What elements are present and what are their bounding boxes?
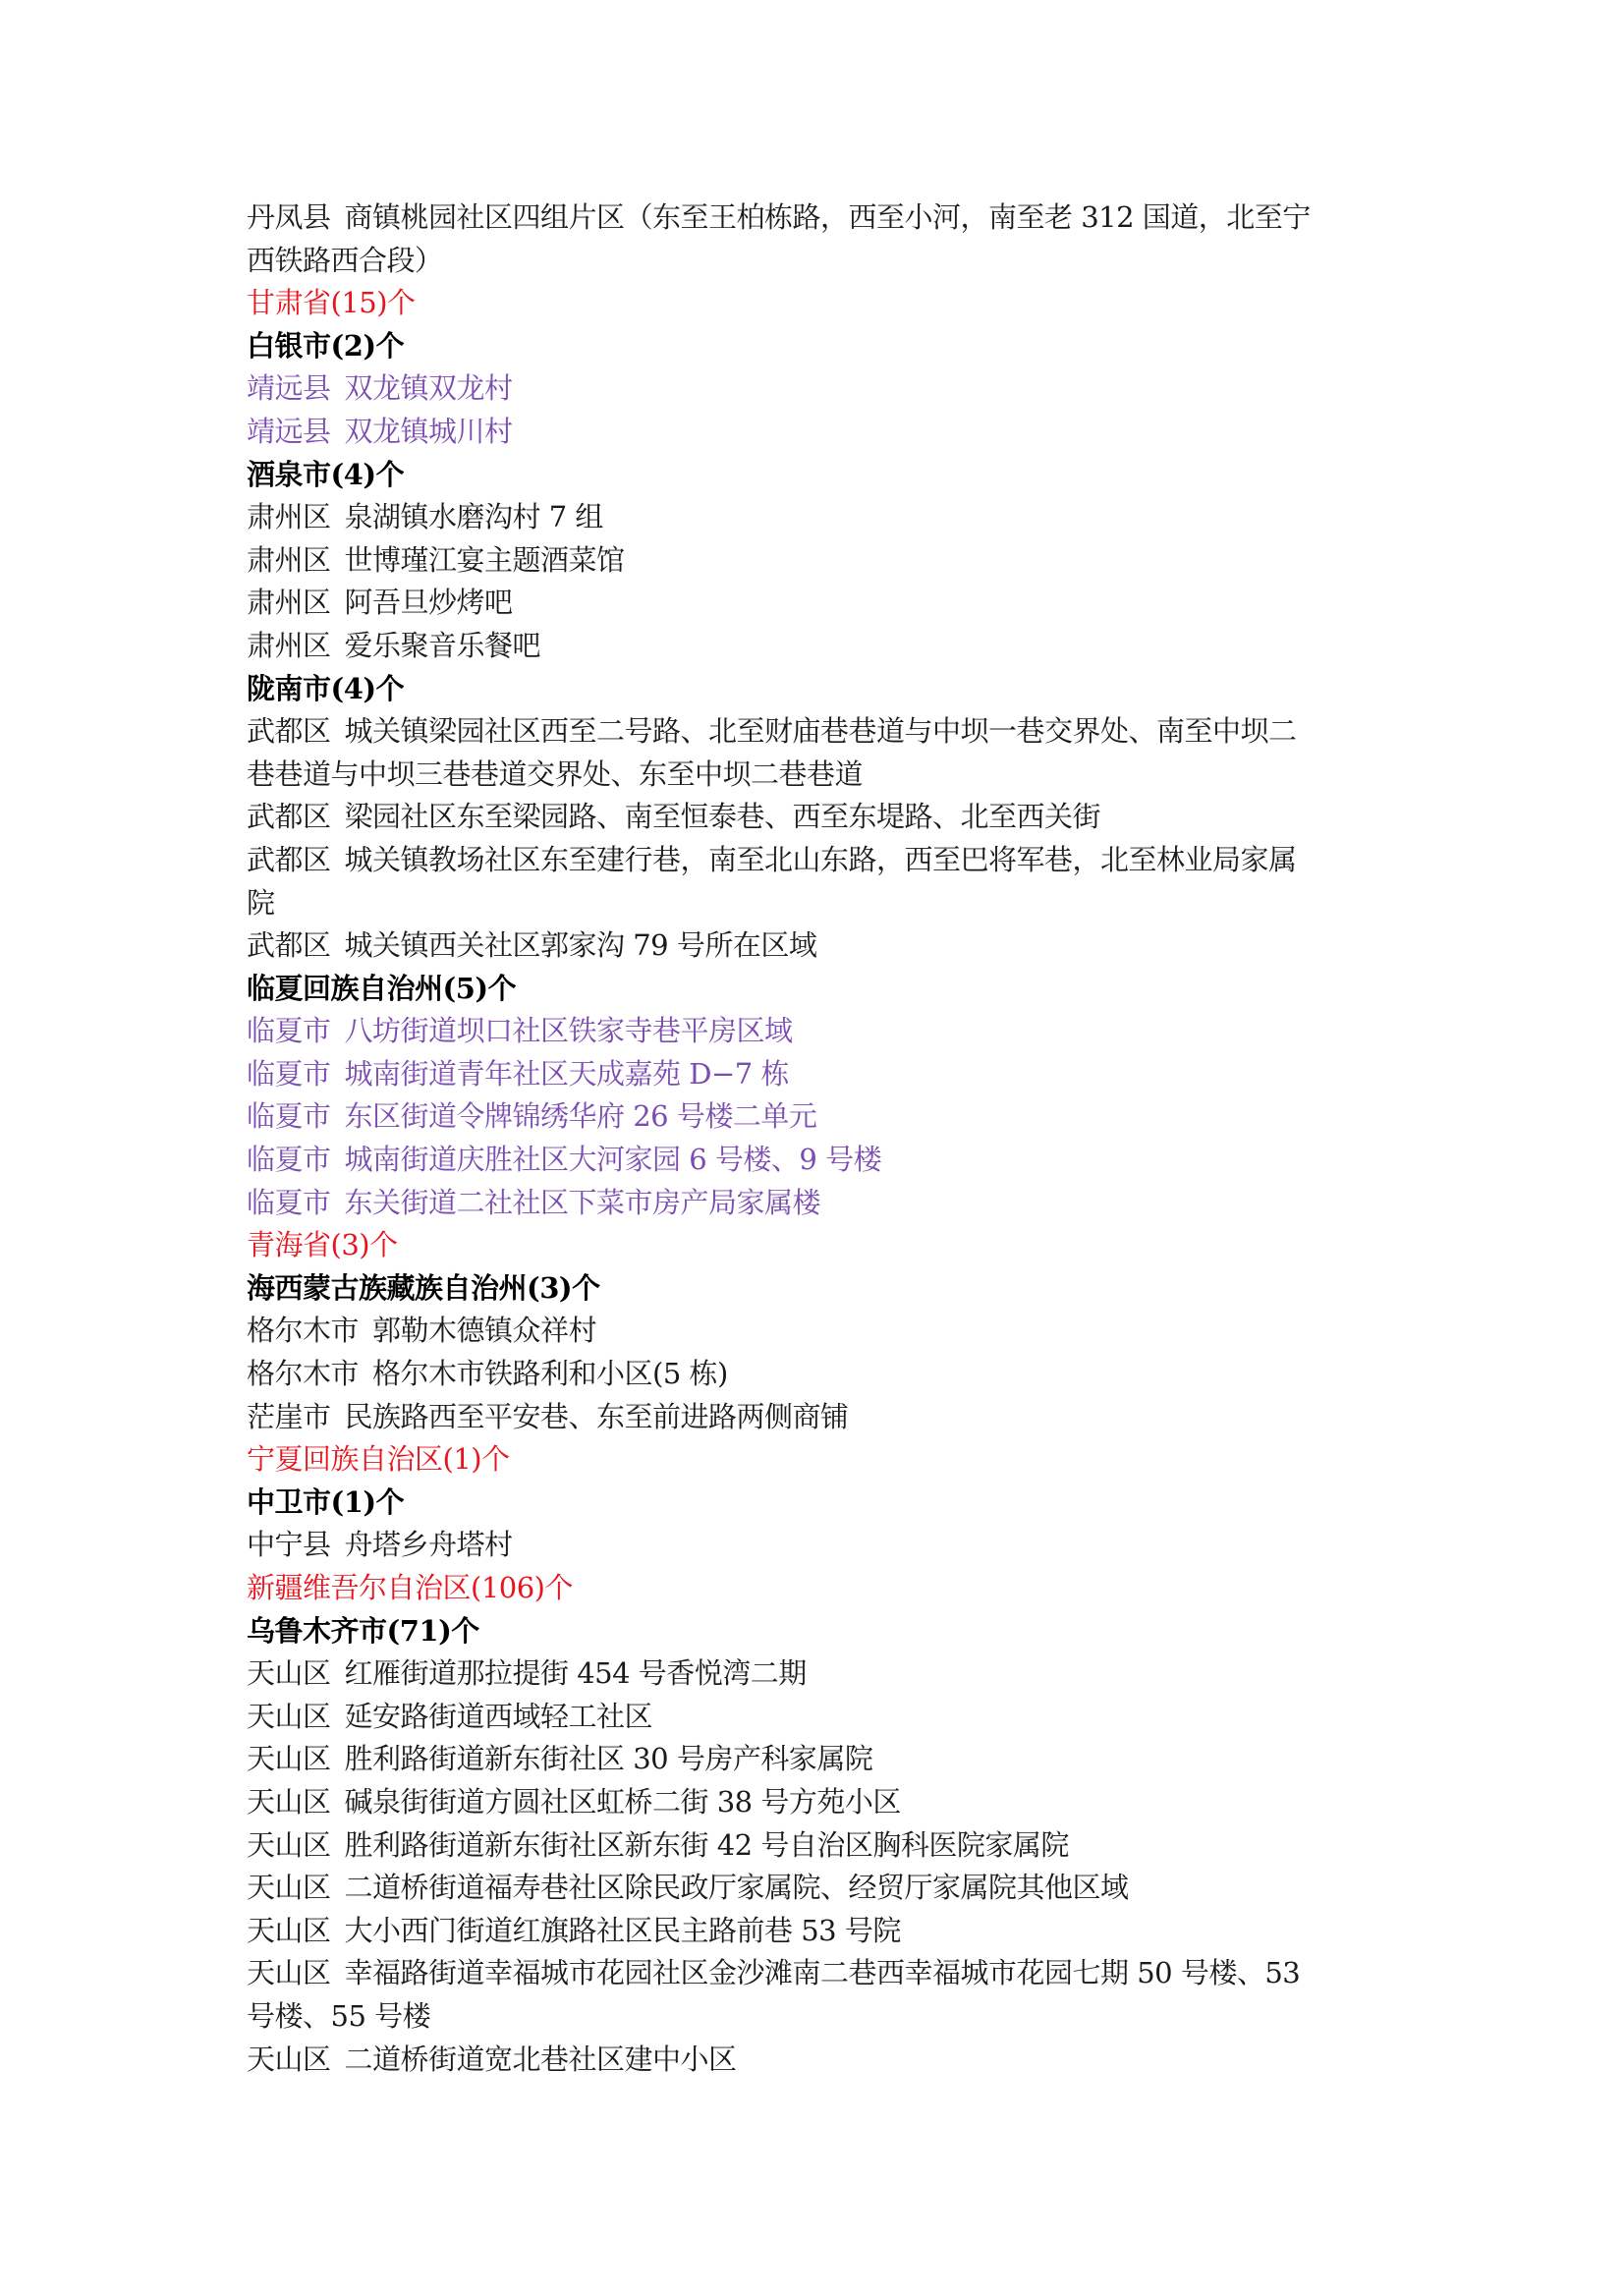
list-item: 武都区城关镇教场社区东至建行巷，南至北山东路，西至巴将军巷，北至林业局家属 <box>247 839 1386 882</box>
district-name: 格尔木市 <box>247 1353 359 1396</box>
location-text: 爱乐聚音乐餐吧 <box>345 629 541 662</box>
location-text: 城关镇教场社区东至建行巷，南至北山东路，西至巴将军巷，北至林业局家属 <box>345 843 1297 876</box>
location-text: 碱泉街街道方圆社区虹桥二街 38 号方苑小区 <box>345 1785 901 1819</box>
location-text: 格尔木市铁路利和小区(5 栋) <box>372 1357 728 1390</box>
list-item: 靖远县双龙镇城川村 <box>247 411 1386 454</box>
location-text: 胜利路街道新东街社区 30 号房产科家属院 <box>345 1742 873 1775</box>
district-name: 临夏市 <box>247 1053 331 1096</box>
district-name: 天山区 <box>247 1824 331 1868</box>
location-text: 胜利路街道新东街社区新东街 42 号自治区胸科医院家属院 <box>345 1828 1069 1862</box>
district-name: 武都区 <box>247 796 331 839</box>
district-name: 天山区 <box>247 1952 331 1995</box>
city-title: 陇南市(4)个 <box>247 672 404 705</box>
list-item: 天山区延安路街道西域轻工社区 <box>247 1696 1386 1739</box>
location-text: 商镇桃园社区四组片区（东至王柏栋路，西至小河，南至老 312 国道，北至宁 <box>345 200 1311 234</box>
location-text: 泉湖镇水磨沟村 7 组 <box>345 500 603 533</box>
list-item: 天山区大小西门街道红旗路社区民主路前巷 53 号院 <box>247 1910 1386 1953</box>
city-title: 海西蒙古族藏族自治州(3)个 <box>247 1271 600 1305</box>
location-text: 二道桥街道宽北巷社区建中小区 <box>345 2043 737 2076</box>
district-name: 天山区 <box>247 2039 331 2082</box>
location-text: 阿吾旦炒烤吧 <box>345 586 513 619</box>
list-item: 格尔木市郭勒木德镇众祥村 <box>247 1310 1386 1353</box>
province-title: 青海省(3)个 <box>247 1228 398 1261</box>
district-name: 靖远县 <box>247 367 331 411</box>
location-text: 东关街道二社社区下菜市房产局家属楼 <box>345 1186 821 1219</box>
location-text: 城南街道青年社区天成嘉苑 D−7 栋 <box>345 1057 789 1091</box>
district-name: 天山区 <box>247 1652 331 1696</box>
list-item: 天山区胜利路街道新东街社区 30 号房产科家属院 <box>247 1738 1386 1781</box>
list-item: 临夏市城南街道青年社区天成嘉苑 D−7 栋 <box>247 1053 1386 1096</box>
district-name: 武都区 <box>247 839 331 882</box>
city-heading: 中卫市(1)个 <box>247 1482 1386 1525</box>
city-title: 乌鲁木齐市(71)个 <box>247 1614 479 1648</box>
district-name: 天山区 <box>247 1738 331 1781</box>
province-heading: 宁夏回族自治区(1)个 <box>247 1438 1386 1482</box>
province-title: 宁夏回族自治区(1)个 <box>247 1442 510 1476</box>
district-name: 天山区 <box>247 1867 331 1910</box>
city-heading: 海西蒙古族藏族自治州(3)个 <box>247 1267 1386 1311</box>
list-item: 武都区城关镇西关社区郭家沟 79 号所在区域 <box>247 924 1386 968</box>
location-text: 双龙镇城川村 <box>345 415 513 448</box>
district-name: 天山区 <box>247 1696 331 1739</box>
city-title: 酒泉市(4)个 <box>247 458 404 491</box>
list-item: 肃州区阿吾旦炒烤吧 <box>247 582 1386 625</box>
list-item: 肃州区世博瑾江宴主题酒菜馆 <box>247 539 1386 583</box>
location-text: 城关镇西关社区郭家沟 79 号所在区域 <box>345 928 817 962</box>
location-text: 城南街道庆胜社区大河家园 6 号楼、9 号楼 <box>345 1143 882 1176</box>
list-item: 天山区胜利路街道新东街社区新东街 42 号自治区胸科医院家属院 <box>247 1824 1386 1868</box>
list-item: 格尔木市格尔木市铁路利和小区(5 栋) <box>247 1353 1386 1396</box>
list-item: 肃州区泉湖镇水磨沟村 7 组 <box>247 496 1386 539</box>
location-text: 双龙镇双龙村 <box>345 371 513 405</box>
district-name: 临夏市 <box>247 1139 331 1182</box>
list-item: 天山区幸福路街道幸福城市花园社区金沙滩南二巷西幸福城市花园七期 50 号楼、53 <box>247 1952 1386 1995</box>
list-item: 临夏市城南街道庆胜社区大河家园 6 号楼、9 号楼 <box>247 1139 1386 1182</box>
province-heading: 甘肃省(15)个 <box>247 282 1386 325</box>
city-title: 临夏回族自治州(5)个 <box>247 972 516 1005</box>
district-name: 天山区 <box>247 1910 331 1953</box>
list-item: 天山区二道桥街道宽北巷社区建中小区 <box>247 2039 1386 2082</box>
list-item: 武都区梁园社区东至梁园路、南至恒泰巷、西至东堤路、北至西关街 <box>247 796 1386 839</box>
location-text: 城关镇梁园社区西至二号路、北至财庙巷巷道与中坝一巷交界处、南至中坝二 <box>345 714 1297 748</box>
location-text: 世博瑾江宴主题酒菜馆 <box>345 543 625 577</box>
list-item: 临夏市东区街道令牌锦绣华府 26 号楼二单元 <box>247 1095 1386 1139</box>
district-name: 格尔木市 <box>247 1310 359 1353</box>
city-heading: 乌鲁木齐市(71)个 <box>247 1610 1386 1653</box>
list-item: 天山区二道桥街道福寿巷社区除民政厅家属院、经贸厅家属院其他区域 <box>247 1867 1386 1910</box>
province-title: 新疆维吾尔自治区(106)个 <box>247 1571 573 1604</box>
district-name: 临夏市 <box>247 1095 331 1139</box>
location-text: 东区街道令牌锦绣华府 26 号楼二单元 <box>345 1099 817 1133</box>
list-item: 肃州区爱乐聚音乐餐吧 <box>247 625 1386 668</box>
list-item-continuation: 号楼、55 号楼 <box>247 1995 1386 2039</box>
list-item: 天山区红雁街道那拉提街 454 号香悦湾二期 <box>247 1652 1386 1696</box>
province-heading: 青海省(3)个 <box>247 1224 1386 1267</box>
city-title: 白银市(2)个 <box>247 329 404 363</box>
list-item: 临夏市东关街道二社社区下菜市房产局家属楼 <box>247 1182 1386 1225</box>
list-item-continuation: 巷巷道与中坝三巷巷道交界处、东至中坝二巷巷道 <box>247 754 1386 797</box>
list-item: 临夏市八坊街道坝口社区铁家寺巷平房区域 <box>247 1010 1386 1053</box>
list-item-continuation: 西铁路西合段） <box>247 240 1386 283</box>
location-text: 八坊街道坝口社区铁家寺巷平房区域 <box>345 1014 793 1047</box>
city-title: 中卫市(1)个 <box>247 1485 404 1519</box>
district-name: 茫崖市 <box>247 1396 331 1439</box>
location-text: 梁园社区东至梁园路、南至恒泰巷、西至东堤路、北至西关街 <box>345 800 1101 833</box>
district-name: 天山区 <box>247 1781 331 1824</box>
list-item: 茫崖市民族路西至平安巷、东至前进路两侧商铺 <box>247 1396 1386 1439</box>
list-item: 天山区碱泉街街道方圆社区虹桥二街 38 号方苑小区 <box>247 1781 1386 1824</box>
province-title: 甘肃省(15)个 <box>247 286 416 319</box>
district-name: 丹凤县 <box>247 196 331 240</box>
location-text: 大小西门街道红旗路社区民主路前巷 53 号院 <box>345 1914 901 1947</box>
location-text: 延安路街道西域轻工社区 <box>345 1700 653 1733</box>
list-item: 中宁县舟塔乡舟塔村 <box>247 1524 1386 1567</box>
city-heading: 酒泉市(4)个 <box>247 454 1386 497</box>
district-name: 肃州区 <box>247 582 331 625</box>
city-heading: 临夏回族自治州(5)个 <box>247 968 1386 1011</box>
district-name: 武都区 <box>247 710 331 754</box>
location-text: 二道桥街道福寿巷社区除民政厅家属院、经贸厅家属院其他区域 <box>345 1871 1129 1904</box>
location-text: 红雁街道那拉提街 454 号香悦湾二期 <box>345 1656 807 1690</box>
list-item: 丹凤县商镇桃园社区四组片区（东至王柏栋路，西至小河，南至老 312 国道，北至宁 <box>247 196 1386 240</box>
district-name: 临夏市 <box>247 1182 331 1225</box>
location-text-continuation: 院 <box>247 886 275 920</box>
location-text: 舟塔乡舟塔村 <box>345 1528 513 1561</box>
district-name: 武都区 <box>247 924 331 968</box>
city-heading: 白银市(2)个 <box>247 325 1386 368</box>
location-text: 郭勒木德镇众祥村 <box>372 1314 596 1347</box>
list-item: 武都区城关镇梁园社区西至二号路、北至财庙巷巷道与中坝一巷交界处、南至中坝二 <box>247 710 1386 754</box>
district-name: 临夏市 <box>247 1010 331 1053</box>
location-text-continuation: 西铁路西合段） <box>247 244 443 277</box>
list-item-continuation: 院 <box>247 882 1386 925</box>
province-heading: 新疆维吾尔自治区(106)个 <box>247 1567 1386 1610</box>
location-text: 幸福路街道幸福城市花园社区金沙滩南二巷西幸福城市花园七期 50 号楼、53 <box>345 1956 1301 1989</box>
district-name: 中宁县 <box>247 1524 331 1567</box>
district-name: 靖远县 <box>247 411 331 454</box>
city-heading: 陇南市(4)个 <box>247 668 1386 711</box>
district-name: 肃州区 <box>247 625 331 668</box>
district-name: 肃州区 <box>247 496 331 539</box>
list-item: 靖远县双龙镇双龙村 <box>247 367 1386 411</box>
district-name: 肃州区 <box>247 539 331 583</box>
location-text-continuation: 巷巷道与中坝三巷巷道交界处、东至中坝二巷巷道 <box>247 757 863 791</box>
location-text-continuation: 号楼、55 号楼 <box>247 1999 430 2033</box>
location-text: 民族路西至平安巷、东至前进路两侧商铺 <box>345 1400 849 1433</box>
document-page: 丹凤县商镇桃园社区四组片区（东至王柏栋路，西至小河，南至老 312 国道，北至宁… <box>247 196 1386 2081</box>
